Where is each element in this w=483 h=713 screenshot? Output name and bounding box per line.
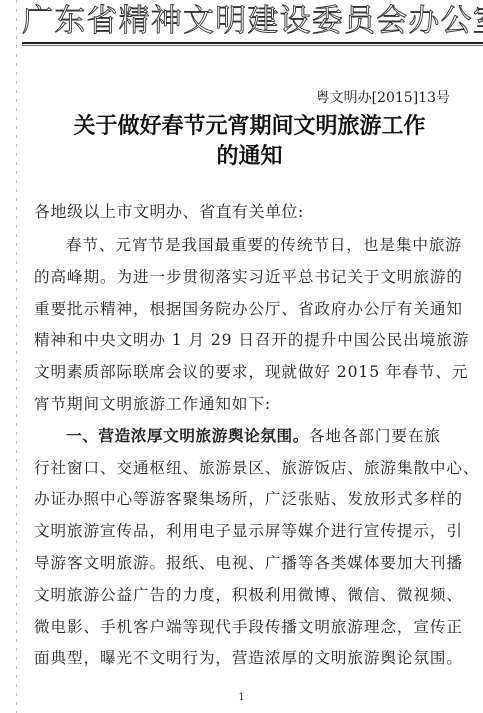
- scan-margin-edge: [16, 0, 17, 713]
- body-line-text: 办证办照中心等游客聚集场所，广泛张贴、发放形式多样的: [34, 490, 463, 508]
- letterhead-rule: [22, 42, 483, 44]
- body-line-text: 导游客文明旅游。报纸、电视、广播等各类媒体要加大刊播: [34, 554, 463, 572]
- body-line-text: 文明素质部际联席会议的要求，现就做好 2015 年春节、元: [34, 363, 468, 381]
- body-line-text: 微电影、手机客户端等现代手段传播文明旅游理念，宣传正: [34, 618, 463, 636]
- body-line: 面典型，曝光不文明行为，营造浓厚的文明旅游舆论氛围。: [34, 643, 454, 675]
- document-title-line-1: 关于做好春节元宵期间文明旅游工作: [8, 109, 483, 140]
- body-line: 精神和中央文明办 1 月 29 日召开的提升中国公民出境旅游: [34, 325, 454, 357]
- body-line: 行社窗口、交通枢纽、旅游景区、旅游饭店、旅游集散中心、: [34, 453, 454, 485]
- body-line: 的高峰期。为进一步贯彻落实习近平总书记关于文明旅游的: [34, 262, 454, 294]
- body-line: 文明旅游宣传品，利用电子显示屏等媒介进行宣传提示，引: [34, 516, 454, 548]
- document-body: 春节、元宵节是我国最重要的传统节日，也是集中旅游 的高峰期。为进一步贯彻落实习近…: [34, 230, 454, 675]
- body-line: 春节、元宵节是我国最重要的传统节日，也是集中旅游: [34, 230, 454, 262]
- body-line: 办证办照中心等游客聚集场所，广泛张贴、发放形式多样的: [34, 484, 454, 516]
- body-line-text: 文明旅游公益广告的力度，积极利用微博、微信、微视频、: [34, 586, 463, 604]
- body-line-text: 各地各部门要在旅: [309, 427, 441, 445]
- document-number: 粤文明办[2015]13号: [316, 87, 450, 107]
- body-line-text: 重要批示精神，根据国务院办公厅、省政府办公厅有关通知: [34, 300, 463, 318]
- body-line: 重要批示精神，根据国务院办公厅、省政府办公厅有关通知: [34, 294, 454, 326]
- body-line: 微电影、手机客户端等现代手段传播文明旅游理念，宣传正: [34, 612, 454, 644]
- letterhead-rule-thin: [22, 45, 483, 46]
- body-line: 文明旅游公益广告的力度，积极利用微博、微信、微视频、: [34, 580, 454, 612]
- body-line-text: 行社窗口、交通枢纽、旅游景区、旅游饭店、旅游集散中心、: [34, 459, 479, 477]
- body-line-text: 宵节期间文明旅游工作通知如下:: [34, 395, 271, 413]
- body-line-section-heading: 一、营造浓厚文明旅游舆论氛围。各地各部门要在旅: [34, 421, 454, 453]
- body-line-text: 精神和中央文明办 1 月 29 日召开的提升中国公民出境旅游: [34, 331, 469, 349]
- body-line-text: 春节、元宵节是我国最重要的传统节日，也是集中旅游: [66, 236, 462, 254]
- body-line-text: 的高峰期。为进一步贯彻落实习近平总书记关于文明旅游的: [34, 268, 463, 286]
- salutation: 各地级以上市文明办、省直有关单位:: [34, 199, 304, 222]
- body-line-text: 文明旅游宣传品，利用电子显示屏等媒介进行宣传提示，引: [34, 522, 463, 540]
- body-line-text: 面典型，曝光不文明行为，营造浓厚的文明旅游舆论氛围。: [34, 649, 463, 667]
- letterhead-organization: 广东省精神文明建设委员会办公室: [22, 3, 483, 39]
- body-line: 文明素质部际联席会议的要求，现就做好 2015 年春节、元: [34, 357, 454, 389]
- body-line: 宵节期间文明旅游工作通知如下:: [34, 389, 454, 421]
- page-number: 1: [0, 692, 483, 703]
- body-line: 导游客文明旅游。报纸、电视、广播等各类媒体要加大刊播: [34, 548, 454, 580]
- section-heading: 一、营造浓厚文明旅游舆论氛围。: [66, 427, 309, 445]
- document-title-line-2: 的通知: [8, 139, 483, 170]
